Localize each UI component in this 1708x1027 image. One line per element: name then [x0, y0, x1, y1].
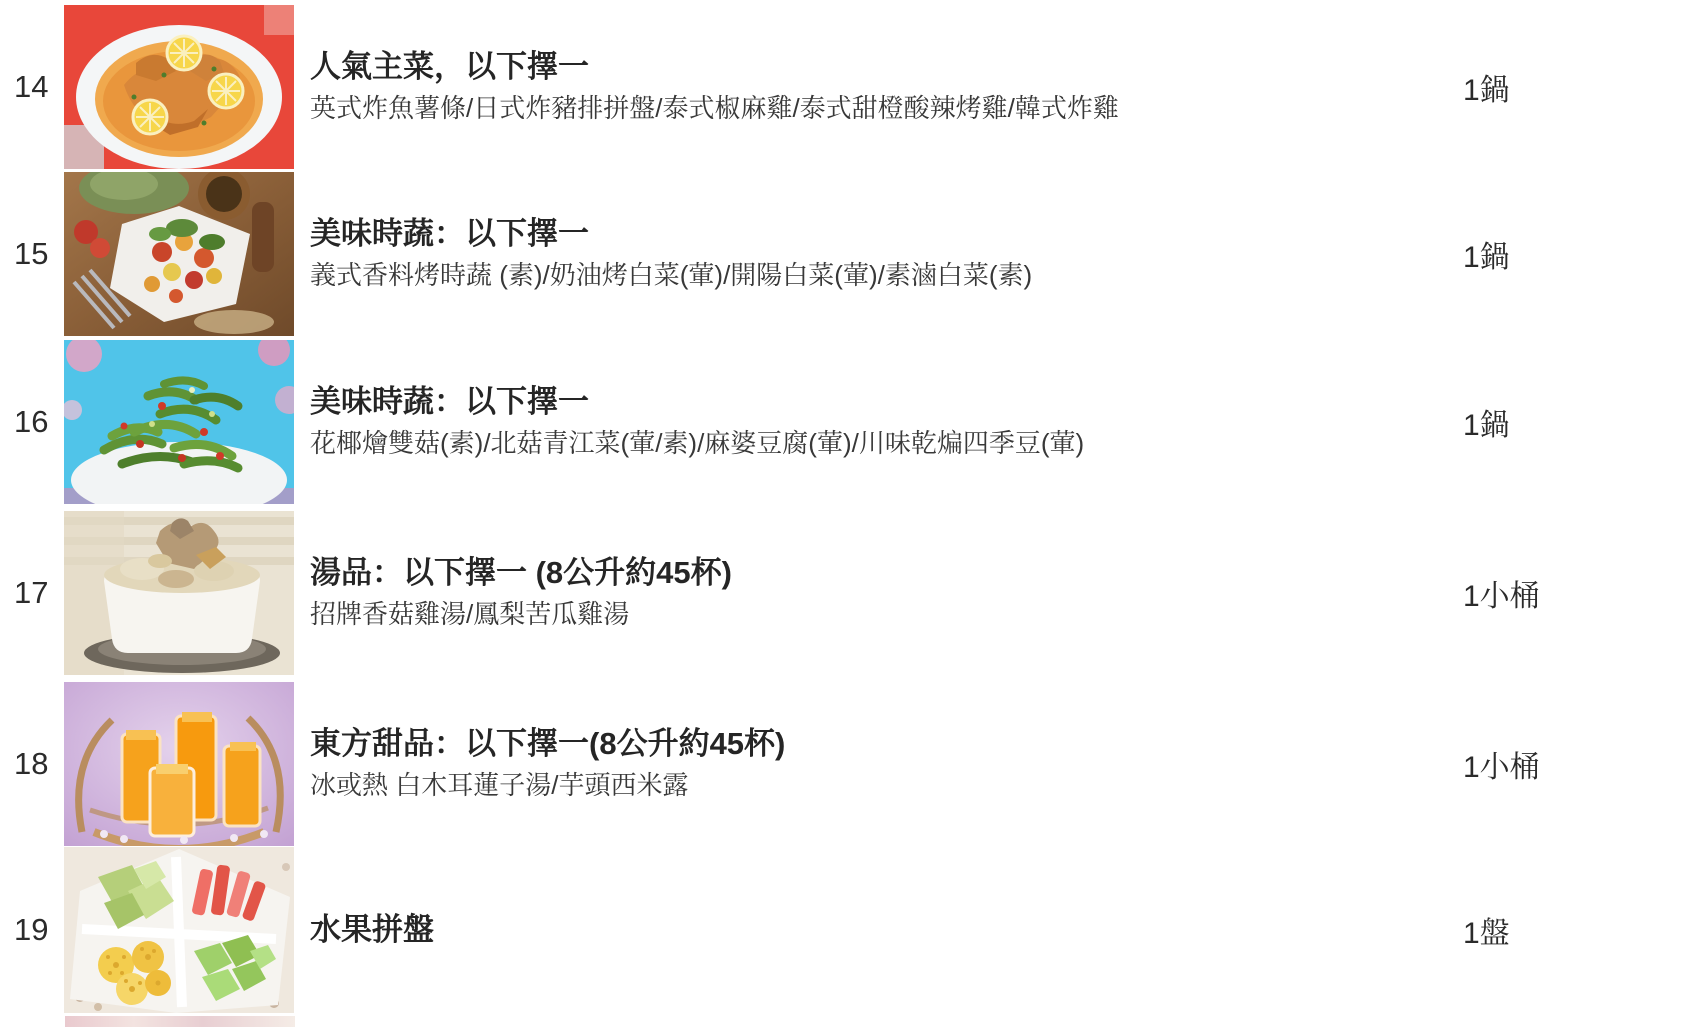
item-photo-main-course — [64, 5, 294, 169]
item-photo-vegetables-2 — [64, 340, 294, 504]
item-number: 14 — [0, 69, 64, 105]
menu-row-16: 16 — [0, 339, 1708, 504]
menu-page: 14 — [0, 0, 1708, 1027]
item-quantity: 1鍋 — [1463, 232, 1510, 276]
item-quantity: 1鍋 — [1463, 65, 1510, 109]
item-number: 18 — [0, 746, 64, 782]
item-photo-vegetables-1 — [64, 172, 294, 336]
item-quantity: 1小桶 — [1463, 571, 1540, 615]
menu-row-19: 19 — [0, 847, 1708, 1012]
item-quantity: 1小桶 — [1463, 742, 1540, 786]
item-quantity: 1鍋 — [1463, 400, 1510, 444]
item-quantity: 1盤 — [1463, 908, 1510, 952]
item-photo-fruit-platter — [64, 847, 294, 1013]
menu-row-18: 18 — [0, 681, 1708, 846]
next-item-photo-partial — [65, 1016, 295, 1027]
item-photo-soup — [64, 511, 294, 675]
item-number: 16 — [0, 404, 64, 440]
menu-row-15: 15 — [0, 171, 1708, 336]
item-number: 19 — [0, 912, 64, 948]
item-photo-dessert — [64, 682, 294, 846]
item-number: 15 — [0, 236, 64, 272]
menu-row-17: 17 湯品：以下擇一 (8公升約45杯) 招牌香菇雞湯/鳳梨苦瓜雞 — [0, 510, 1708, 675]
menu-row-14: 14 — [0, 4, 1708, 169]
item-number: 17 — [0, 575, 64, 611]
